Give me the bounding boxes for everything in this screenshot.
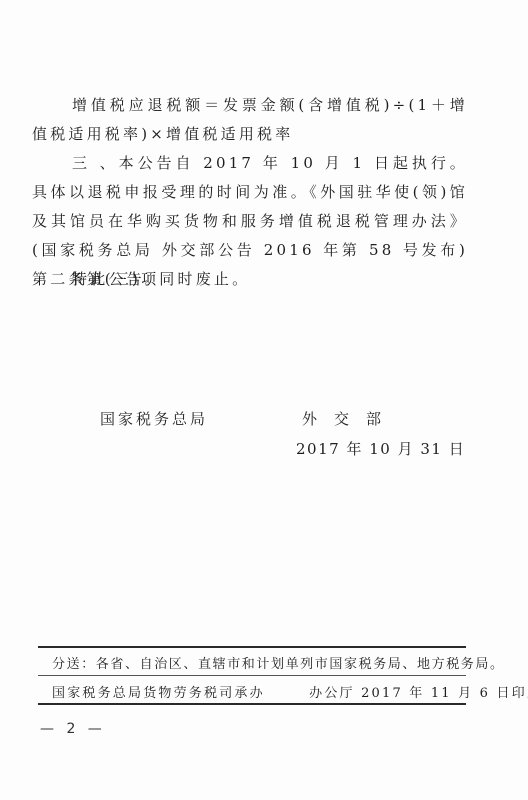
distribution-line: 分送：各省、自治区、直辖市和计划单列市国家税务局、地方税务局。 bbox=[52, 653, 505, 672]
footer-rule-top bbox=[38, 646, 466, 648]
footer-rule-bottom bbox=[38, 703, 466, 705]
formula-paragraph: 增值税应退税额＝发票金额(含增值税)÷(1＋增值税适用税率)×增值税适用税率 bbox=[32, 91, 468, 149]
signature-state-taxation-administration: 国家税务总局 bbox=[100, 408, 208, 429]
print-issue-date: 办公厅 2017 年 11 月 6 日印发 bbox=[309, 682, 528, 701]
refund-formula: 增值税应退税额＝发票金额(含增值税)÷(1＋增值税适用税率)×增值税适用税率 bbox=[32, 91, 468, 149]
undertaking-office: 国家税务总局货物劳务税司承办 bbox=[52, 682, 265, 701]
document-page: 增值税应退税额＝发票金额(含增值税)÷(1＋增值税适用税率)×增值税适用税率 三… bbox=[0, 0, 528, 800]
page-number: — 2 — bbox=[40, 721, 106, 737]
closing-paragraph: 特此公告。 bbox=[32, 265, 468, 294]
signature-date: 2017 年 10 月 31 日 bbox=[296, 438, 465, 459]
issue-info-line: 国家税务总局货物劳务税司承办 办公厅 2017 年 11 月 6 日印发 bbox=[52, 682, 528, 701]
closing-text: 特此公告。 bbox=[32, 265, 468, 294]
footer-rule-middle bbox=[38, 675, 466, 676]
signature-foreign-ministry: 外交部 bbox=[302, 408, 398, 429]
